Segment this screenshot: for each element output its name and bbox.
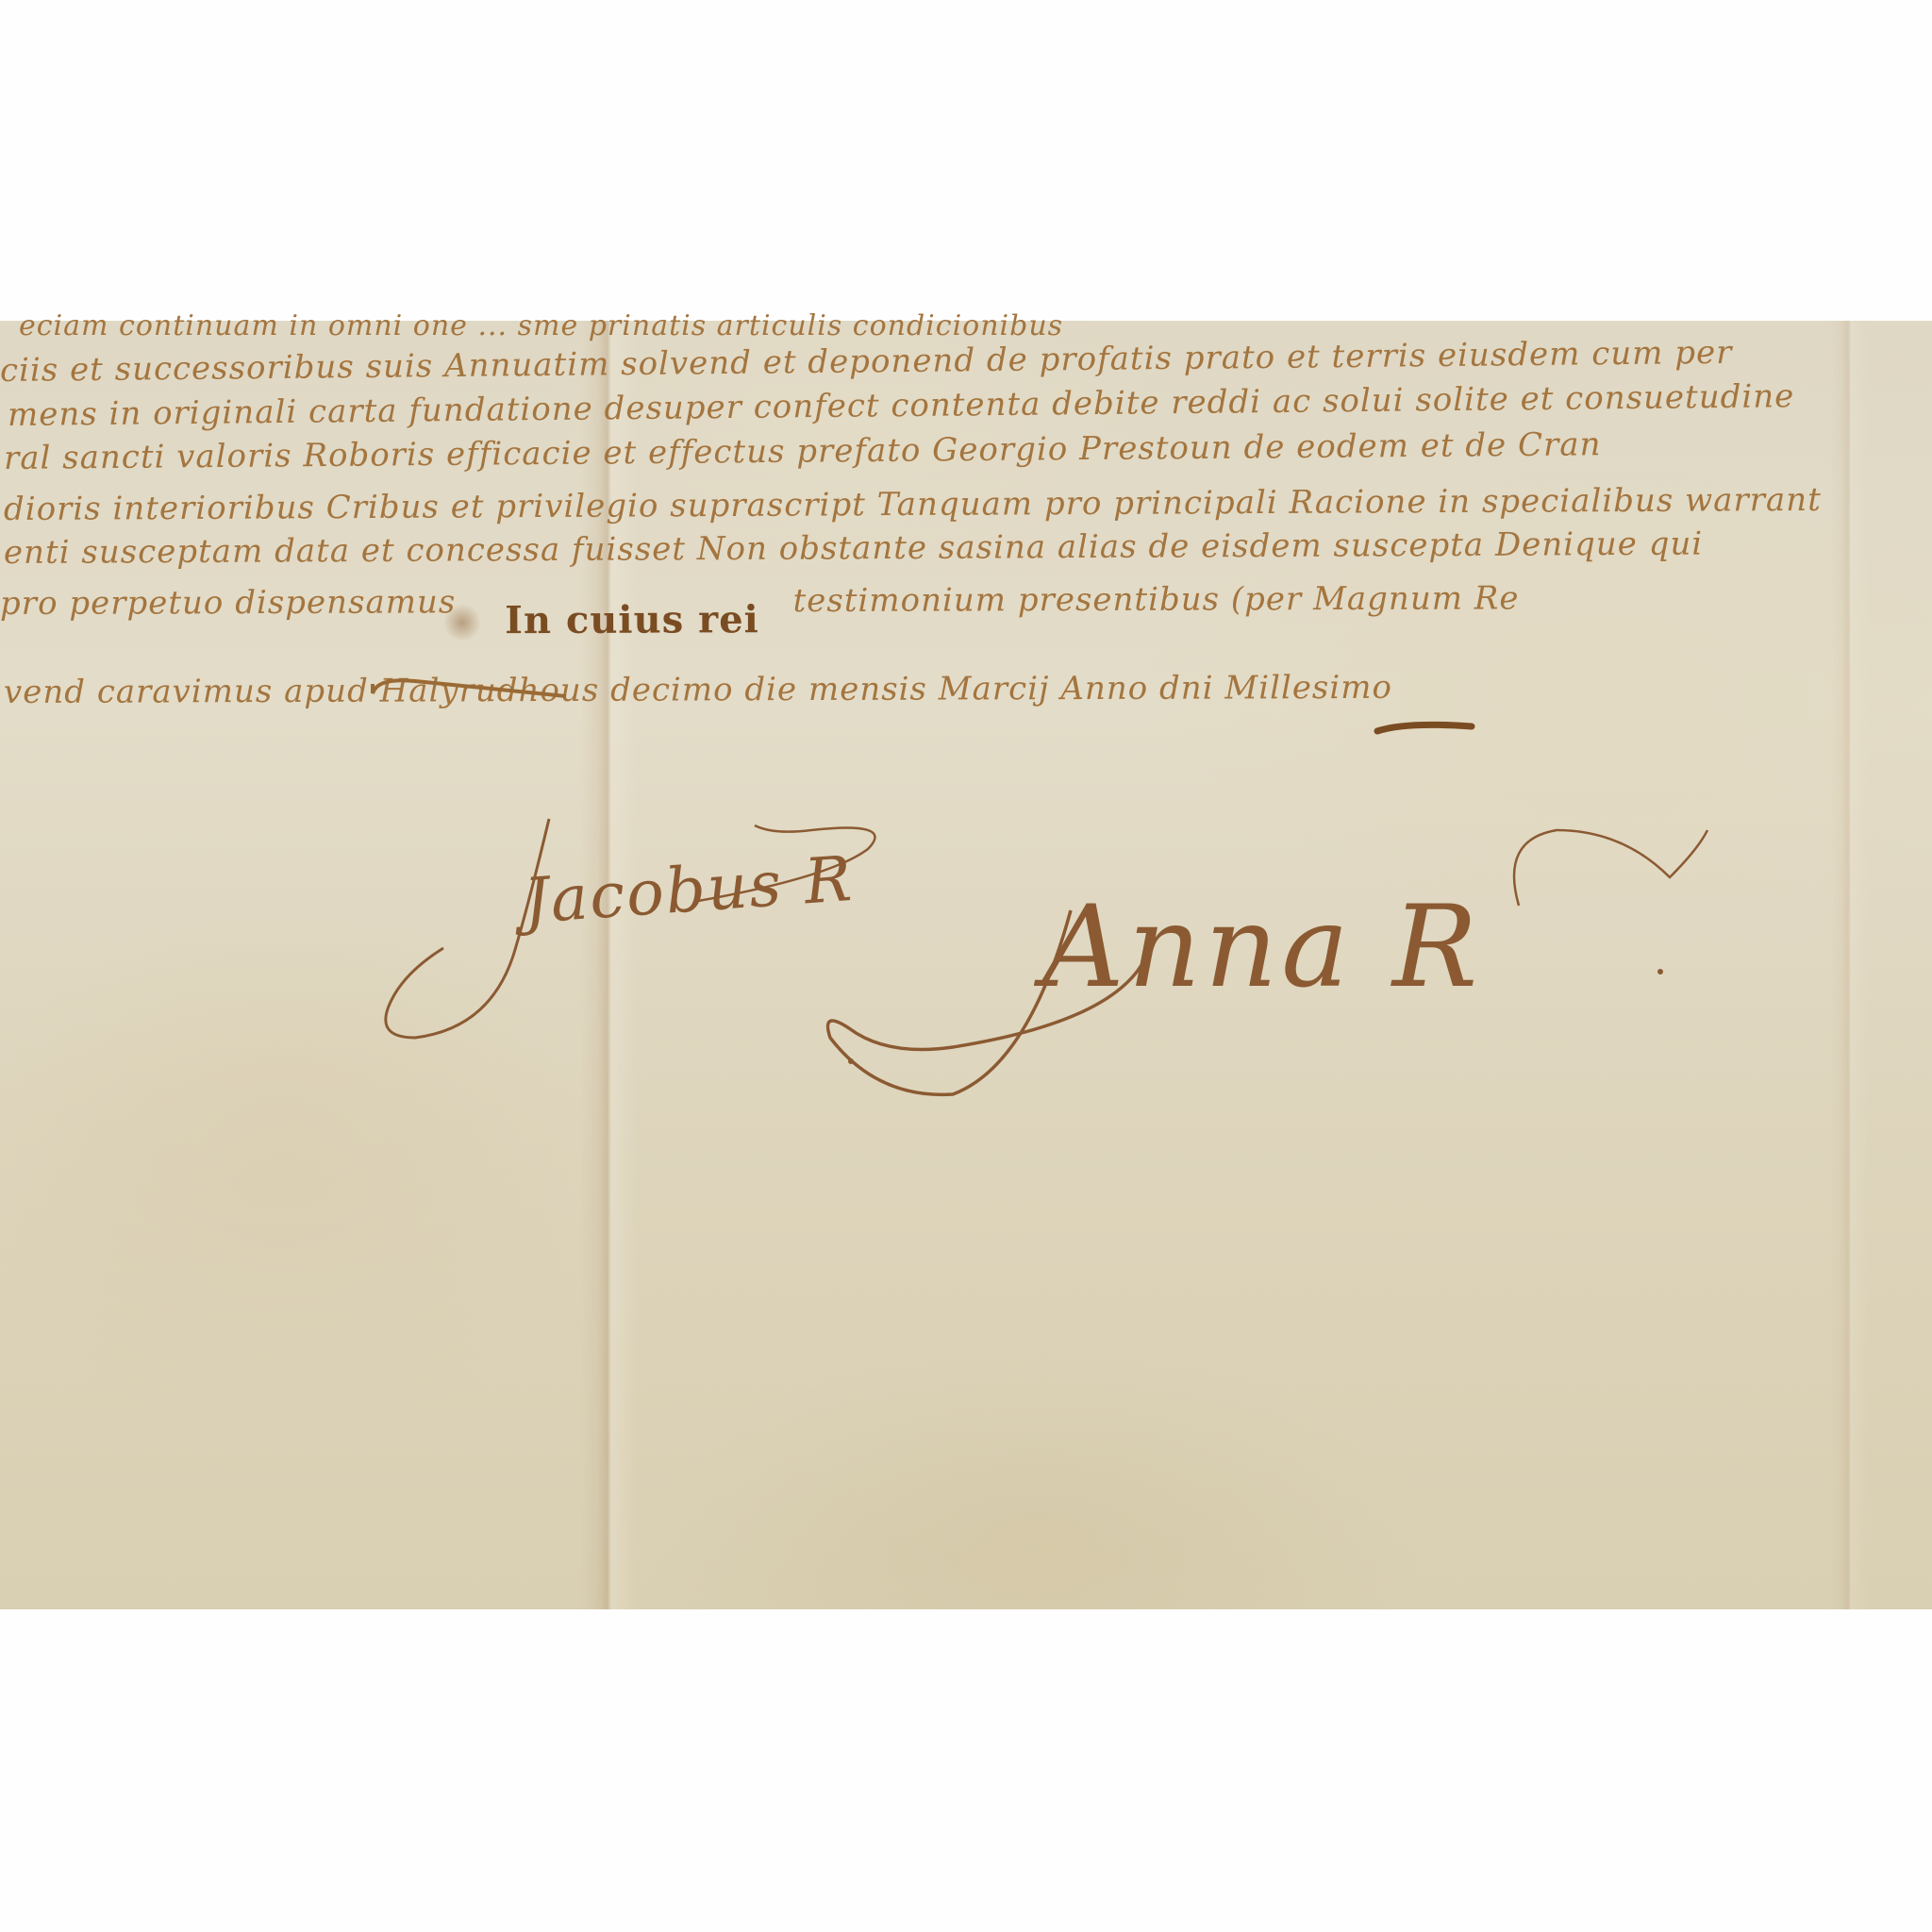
signature-anna-regina: Anna R — [1042, 882, 1481, 1013]
text-line-7: pro perpetuo dispensamus In cuius rei te… — [0, 574, 1520, 624]
image-canvas: eciam continuam in omni one ... sme prin… — [0, 0, 1932, 1932]
text-line-7-end: testimonium presentibus (per Magnum Re — [793, 579, 1520, 620]
text-line-7-start: pro perpetuo dispensamus — [0, 583, 456, 623]
in-cuius-rei-phrase: In cuius rei — [505, 597, 759, 642]
text-line-8: vend caravimus apud Halyrudhous decimo d… — [4, 669, 1392, 711]
text-line-1: eciam continuam in omni one ... sme prin… — [19, 309, 1063, 342]
right-fold-crease — [1830, 321, 1868, 1609]
